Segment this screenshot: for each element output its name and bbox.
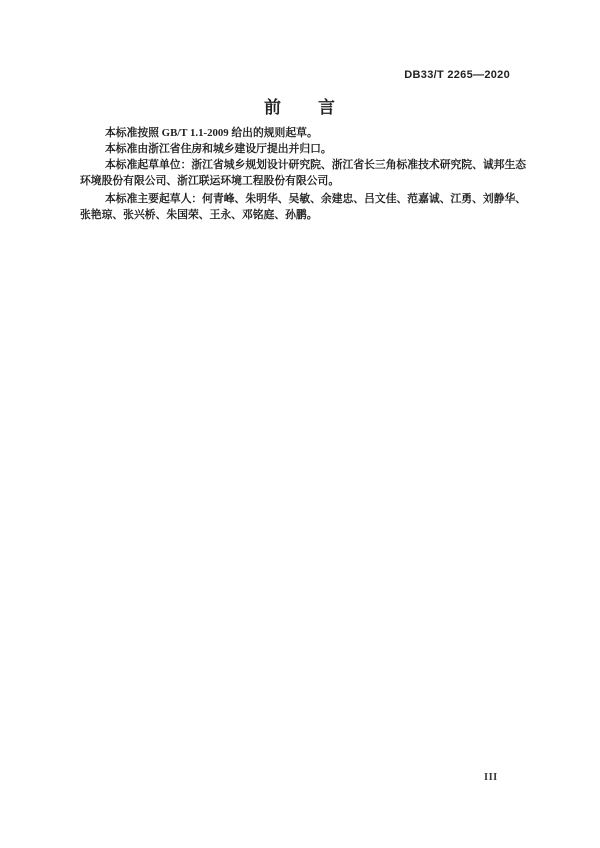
paragraph: 本标准由浙江省住房和城乡建设厅提出并归口。 — [80, 141, 520, 157]
text-line: 环境股份有限公司、浙江联运环境工程股份有限公司。 — [80, 173, 520, 189]
page-number: III — [484, 771, 498, 785]
text-line: 张艳琼、张兴桥、朱国荣、王永、邓铭庭、孙鹏。 — [80, 207, 520, 223]
body-text: 本标准按照 GB/T 1.1-2009 给出的规则起草。 本标准由浙江省住房和城… — [80, 125, 520, 223]
page-title: 前 言 — [0, 97, 600, 118]
paragraph: 本标准按照 GB/T 1.1-2009 给出的规则起草。 — [80, 125, 520, 141]
text-line: 本标准起草单位：浙江省城乡规划设计研究院、浙江省长三角标准技术研究院、诚邦生态 — [80, 157, 520, 173]
standard-code: DB33/T 2265—2020 — [404, 67, 510, 83]
text-line: 本标准按照 GB/T 1.1-2009 给出的规则起草。 — [80, 125, 520, 141]
text-line: 本标准主要起草人：何青峰、朱明华、吴敏、余建忠、吕文佳、范嘉诚、江勇、刘静华、 — [80, 191, 520, 207]
text-line: 本标准由浙江省住房和城乡建设厅提出并归口。 — [80, 141, 520, 157]
paragraph: 本标准起草单位：浙江省城乡规划设计研究院、浙江省长三角标准技术研究院、诚邦生态 … — [80, 157, 520, 189]
paragraph: 本标准主要起草人：何青峰、朱明华、吴敏、余建忠、吕文佳、范嘉诚、江勇、刘静华、 … — [80, 191, 520, 223]
document-page: DB33/T 2265—2020 前 言 本标准按照 GB/T 1.1-2009… — [0, 0, 600, 848]
